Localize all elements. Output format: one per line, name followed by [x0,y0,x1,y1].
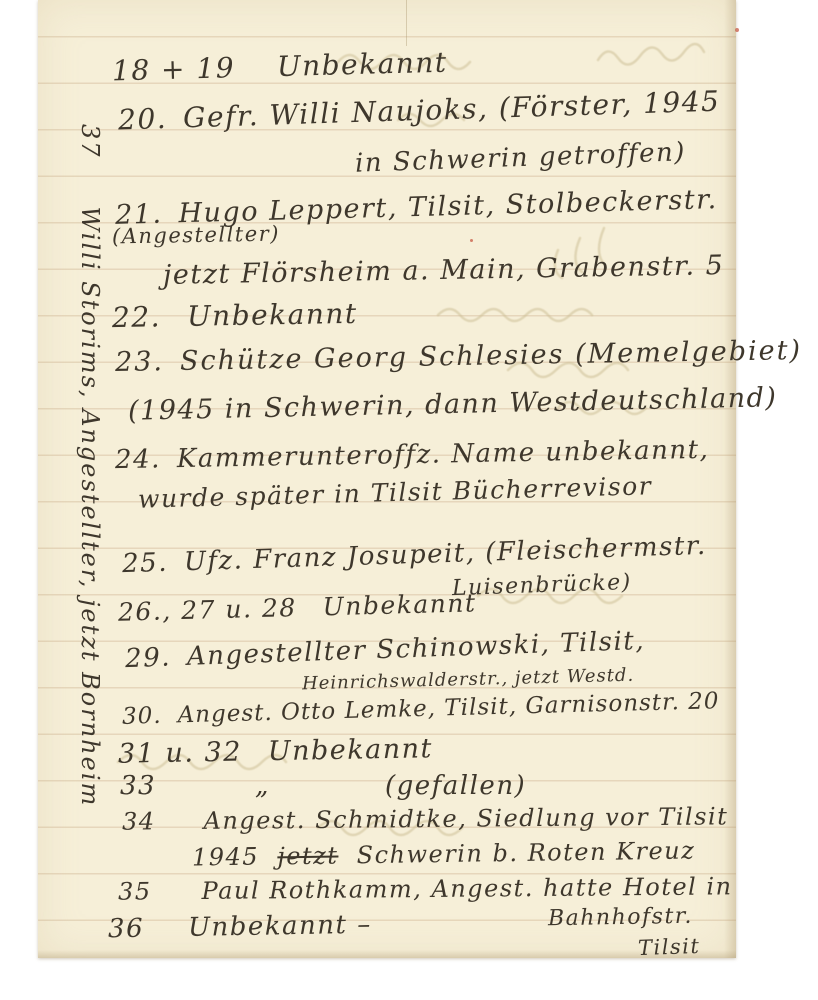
paper-edge-shade [38,950,736,958]
entry-year: 1945 [192,843,259,872]
ink-speck [470,239,473,242]
entry-36: 36Unbekannt – [108,911,372,944]
entry-text: Unbekannt [322,588,476,621]
entry-number: 33 [120,772,156,801]
entry-35-street: Bahnhofstr. [548,905,693,932]
entry-number: 24. [115,445,161,474]
entry-34: 34Angest. Schmidtke, Siedlung vor Tilsit [122,803,728,835]
scanned-document: 37Willi Storims, Angestellter, jetzt Bor… [0,0,818,1000]
entry-text: Paul Rothkamm, Angest. hatte Hotel in [201,872,732,905]
entry-number: 22. [112,302,162,334]
entry-text: Unbekannt [268,733,434,767]
entry-number: 18 + 19 [112,53,236,87]
struck-word: jetzt [277,841,338,870]
entry-number: 29. [125,643,172,673]
entry-35-city: Tilsit [638,935,701,960]
ditto-mark: „ [255,772,270,801]
entry-number: 35 [118,878,152,905]
entry-number: 31 u. 32 [118,738,242,770]
entry-text: Angest. Schmidtke, Siedlung vor Tilsit [203,802,728,835]
entry-text: Bahnhofstr. [548,904,693,932]
entry-31-32: 31 u. 32Unbekannt [118,734,433,769]
entry-number: 23. [115,347,164,378]
entry-text: Unbekannt [277,46,448,83]
entry-text: Unbekannt [187,297,358,333]
paper-crease [406,0,407,46]
entry-number: 36 [108,915,145,944]
entry-33: 33 „ (gefallen) [120,772,156,801]
entry-number: 30. [122,704,162,730]
entry-number: 20. [118,104,168,136]
margin-note-entry-37: 37Willi Storims, Angestellter, jetzt Bor… [62,124,104,772]
entry-text: (gefallen) [385,772,526,801]
entry-number: 26., 27 u. 28 [118,594,297,626]
entry-text: (Angestellter) [112,222,280,249]
entry-number: 37 [76,124,104,159]
entry-text: Schwerin b. Roten Kreuz [356,836,695,869]
entry-text: Unbekannt – [188,910,372,943]
entry-21-occupation: (Angestellter) [112,223,280,249]
entry-number: 34 [122,808,156,835]
entry-text: Willi Storims, Angestellter, jetzt Bornh… [76,207,104,808]
entry-22: 22.Unbekannt [112,299,358,334]
entry-text: Tilsit [638,934,701,960]
entry-number: 25. [122,549,169,579]
entry-35: 35Paul Rothkamm, Angest. hatte Hotel in [118,873,733,905]
